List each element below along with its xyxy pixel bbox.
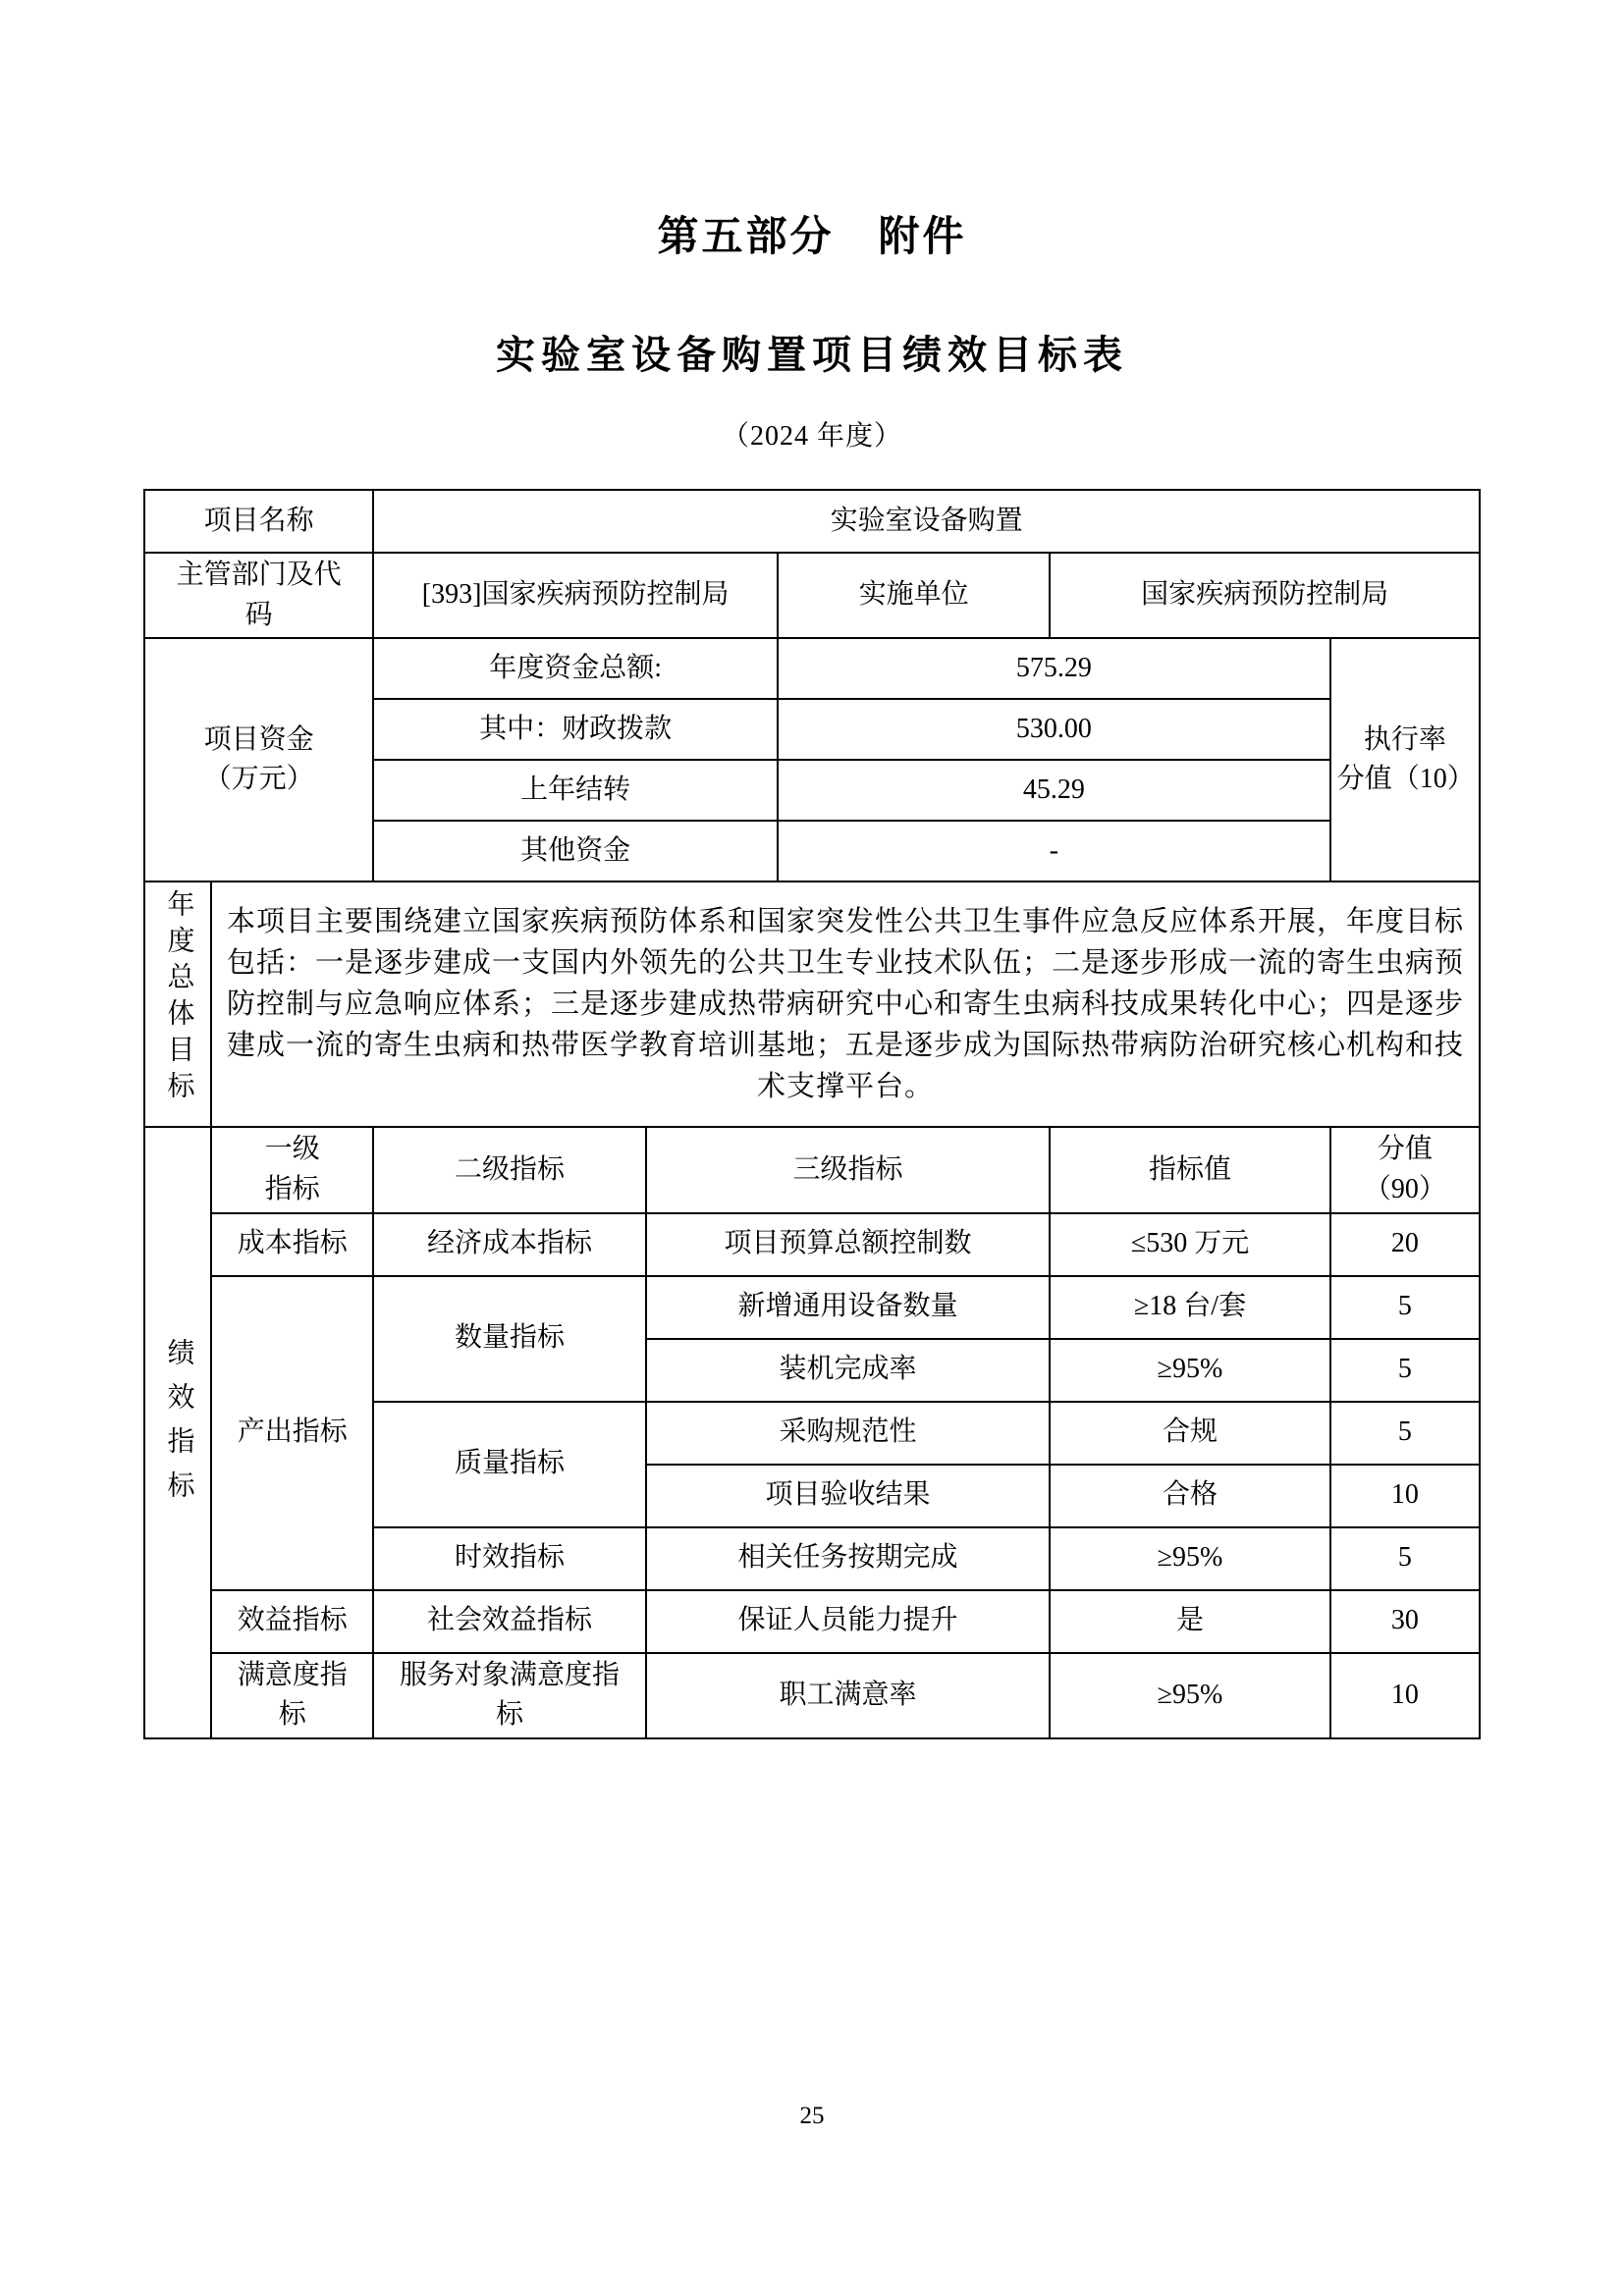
- header-level3: 三级指标: [646, 1127, 1051, 1212]
- row-indicator-header: 绩效指标 一级 指标 二级指标 三级指标 指标值 分值 （90）: [144, 1127, 1480, 1212]
- part-title: 第五部分 附件: [0, 0, 1624, 259]
- indicator-l1: 成本指标: [211, 1213, 373, 1276]
- header-value: 指标值: [1050, 1127, 1329, 1212]
- document-page: 第五部分 附件 实验室设备购置项目绩效目标表 （2024 年度） 项目名称 实验…: [0, 0, 1624, 2296]
- indicator-score: 5: [1330, 1402, 1480, 1465]
- funding-carryover-label: 上年结转: [373, 760, 778, 821]
- indicator-score: 30: [1330, 1590, 1480, 1653]
- row-indicator: 成本指标 经济成本指标 项目预算总额控制数 ≤530 万元 20: [144, 1213, 1480, 1276]
- indicator-value: 合规: [1050, 1402, 1329, 1465]
- indicator-value: ≥95%: [1050, 1339, 1329, 1402]
- funding-fiscal-value: 530.00: [778, 699, 1330, 760]
- annual-goal-label: 年度总体目标: [144, 881, 211, 1127]
- indicator-value: ≥18 台/套: [1050, 1276, 1329, 1339]
- indicator-l1: 效益指标: [211, 1590, 373, 1653]
- department-label: 主管部门及代 码: [144, 553, 373, 638]
- indicator-l3: 相关任务按期完成: [646, 1527, 1051, 1590]
- project-name-label: 项目名称: [144, 490, 373, 553]
- indicator-value: 是: [1050, 1590, 1329, 1653]
- row-indicator: 效益指标 社会效益指标 保证人员能力提升 是 30: [144, 1590, 1480, 1653]
- indicator-l3: 项目预算总额控制数: [646, 1213, 1051, 1276]
- indicator-score: 20: [1330, 1213, 1480, 1276]
- row-funding-total: 项目资金 （万元） 年度资金总额: 575.29 执行率 分值（10）: [144, 638, 1480, 699]
- header-score: 分值 （90）: [1330, 1127, 1480, 1212]
- row-indicator: 满意度指 标 服务对象满意度指 标 职工满意率 ≥95% 10: [144, 1653, 1480, 1738]
- funding-other-value: -: [778, 821, 1330, 881]
- impl-unit-label: 实施单位: [778, 553, 1050, 638]
- indicator-l2: 社会效益指标: [373, 1590, 645, 1653]
- funding-label: 项目资金 （万元）: [144, 638, 373, 881]
- funding-total-label: 年度资金总额:: [373, 638, 778, 699]
- performance-indicator-label-text: 绩效指标: [163, 1338, 193, 1515]
- indicator-l3: 新增通用设备数量: [646, 1276, 1051, 1339]
- indicator-l1: 满意度指 标: [211, 1653, 373, 1738]
- indicator-value: ≥95%: [1050, 1527, 1329, 1590]
- funding-other-label: 其他资金: [373, 821, 778, 881]
- funding-fiscal-label: 其中：财政拨款: [373, 699, 778, 760]
- header-level1: 一级 指标: [211, 1127, 373, 1212]
- indicator-score: 10: [1330, 1465, 1480, 1527]
- indicator-l3: 职工满意率: [646, 1653, 1051, 1738]
- execution-rate-score-label: 执行率 分值（10）: [1330, 638, 1480, 881]
- indicator-l2: 服务对象满意度指 标: [373, 1653, 645, 1738]
- indicator-l1: 产出指标: [211, 1276, 373, 1590]
- indicator-l3: 采购规范性: [646, 1402, 1051, 1465]
- header-level2: 二级指标: [373, 1127, 645, 1212]
- funding-carryover-value: 45.29: [778, 760, 1330, 821]
- year-line: （2024 年度）: [0, 414, 1624, 454]
- impl-unit-value: 国家疾病预防控制局: [1050, 553, 1480, 638]
- annual-goal-label-text: 年度总体目标: [163, 889, 193, 1107]
- row-annual-goal: 年度总体目标 本项目主要围绕建立国家疾病预防体系和国家突发性公共卫生事件应急反应…: [144, 881, 1480, 1127]
- indicator-value: ≥95%: [1050, 1653, 1329, 1738]
- indicator-score: 5: [1330, 1339, 1480, 1402]
- indicator-l3: 装机完成率: [646, 1339, 1051, 1402]
- row-project-name: 项目名称 实验室设备购置: [144, 490, 1480, 553]
- performance-indicator-label: 绩效指标: [144, 1127, 211, 1737]
- indicator-l3: 保证人员能力提升: [646, 1590, 1051, 1653]
- table-title: 实验室设备购置项目绩效目标表: [0, 334, 1624, 377]
- indicator-score: 5: [1330, 1527, 1480, 1590]
- indicator-l2: 数量指标: [373, 1276, 645, 1402]
- indicator-value: 合格: [1050, 1465, 1329, 1527]
- department-code-value: [393]国家疾病预防控制局: [373, 553, 778, 638]
- indicator-l2: 经济成本指标: [373, 1213, 645, 1276]
- indicator-l2: 时效指标: [373, 1527, 645, 1590]
- indicator-value: ≤530 万元: [1050, 1213, 1329, 1276]
- indicator-l2: 质量指标: [373, 1402, 645, 1527]
- indicator-score: 5: [1330, 1276, 1480, 1339]
- row-department: 主管部门及代 码 [393]国家疾病预防控制局 实施单位 国家疾病预防控制局: [144, 553, 1480, 638]
- row-indicator: 产出指标 数量指标 新增通用设备数量 ≥18 台/套 5: [144, 1276, 1480, 1339]
- indicator-score: 10: [1330, 1653, 1480, 1738]
- indicator-l3: 项目验收结果: [646, 1465, 1051, 1527]
- funding-total-value: 575.29: [778, 638, 1330, 699]
- annual-goal-text: 本项目主要围绕建立国家疾病预防体系和国家突发性公共卫生事件应急反应体系开展，年度…: [211, 881, 1480, 1127]
- page-number: 25: [0, 2103, 1624, 2130]
- project-name-value: 实验室设备购置: [373, 490, 1480, 553]
- performance-target-table: 项目名称 实验室设备购置 主管部门及代 码 [393]国家疾病预防控制局 实施单…: [143, 489, 1481, 1739]
